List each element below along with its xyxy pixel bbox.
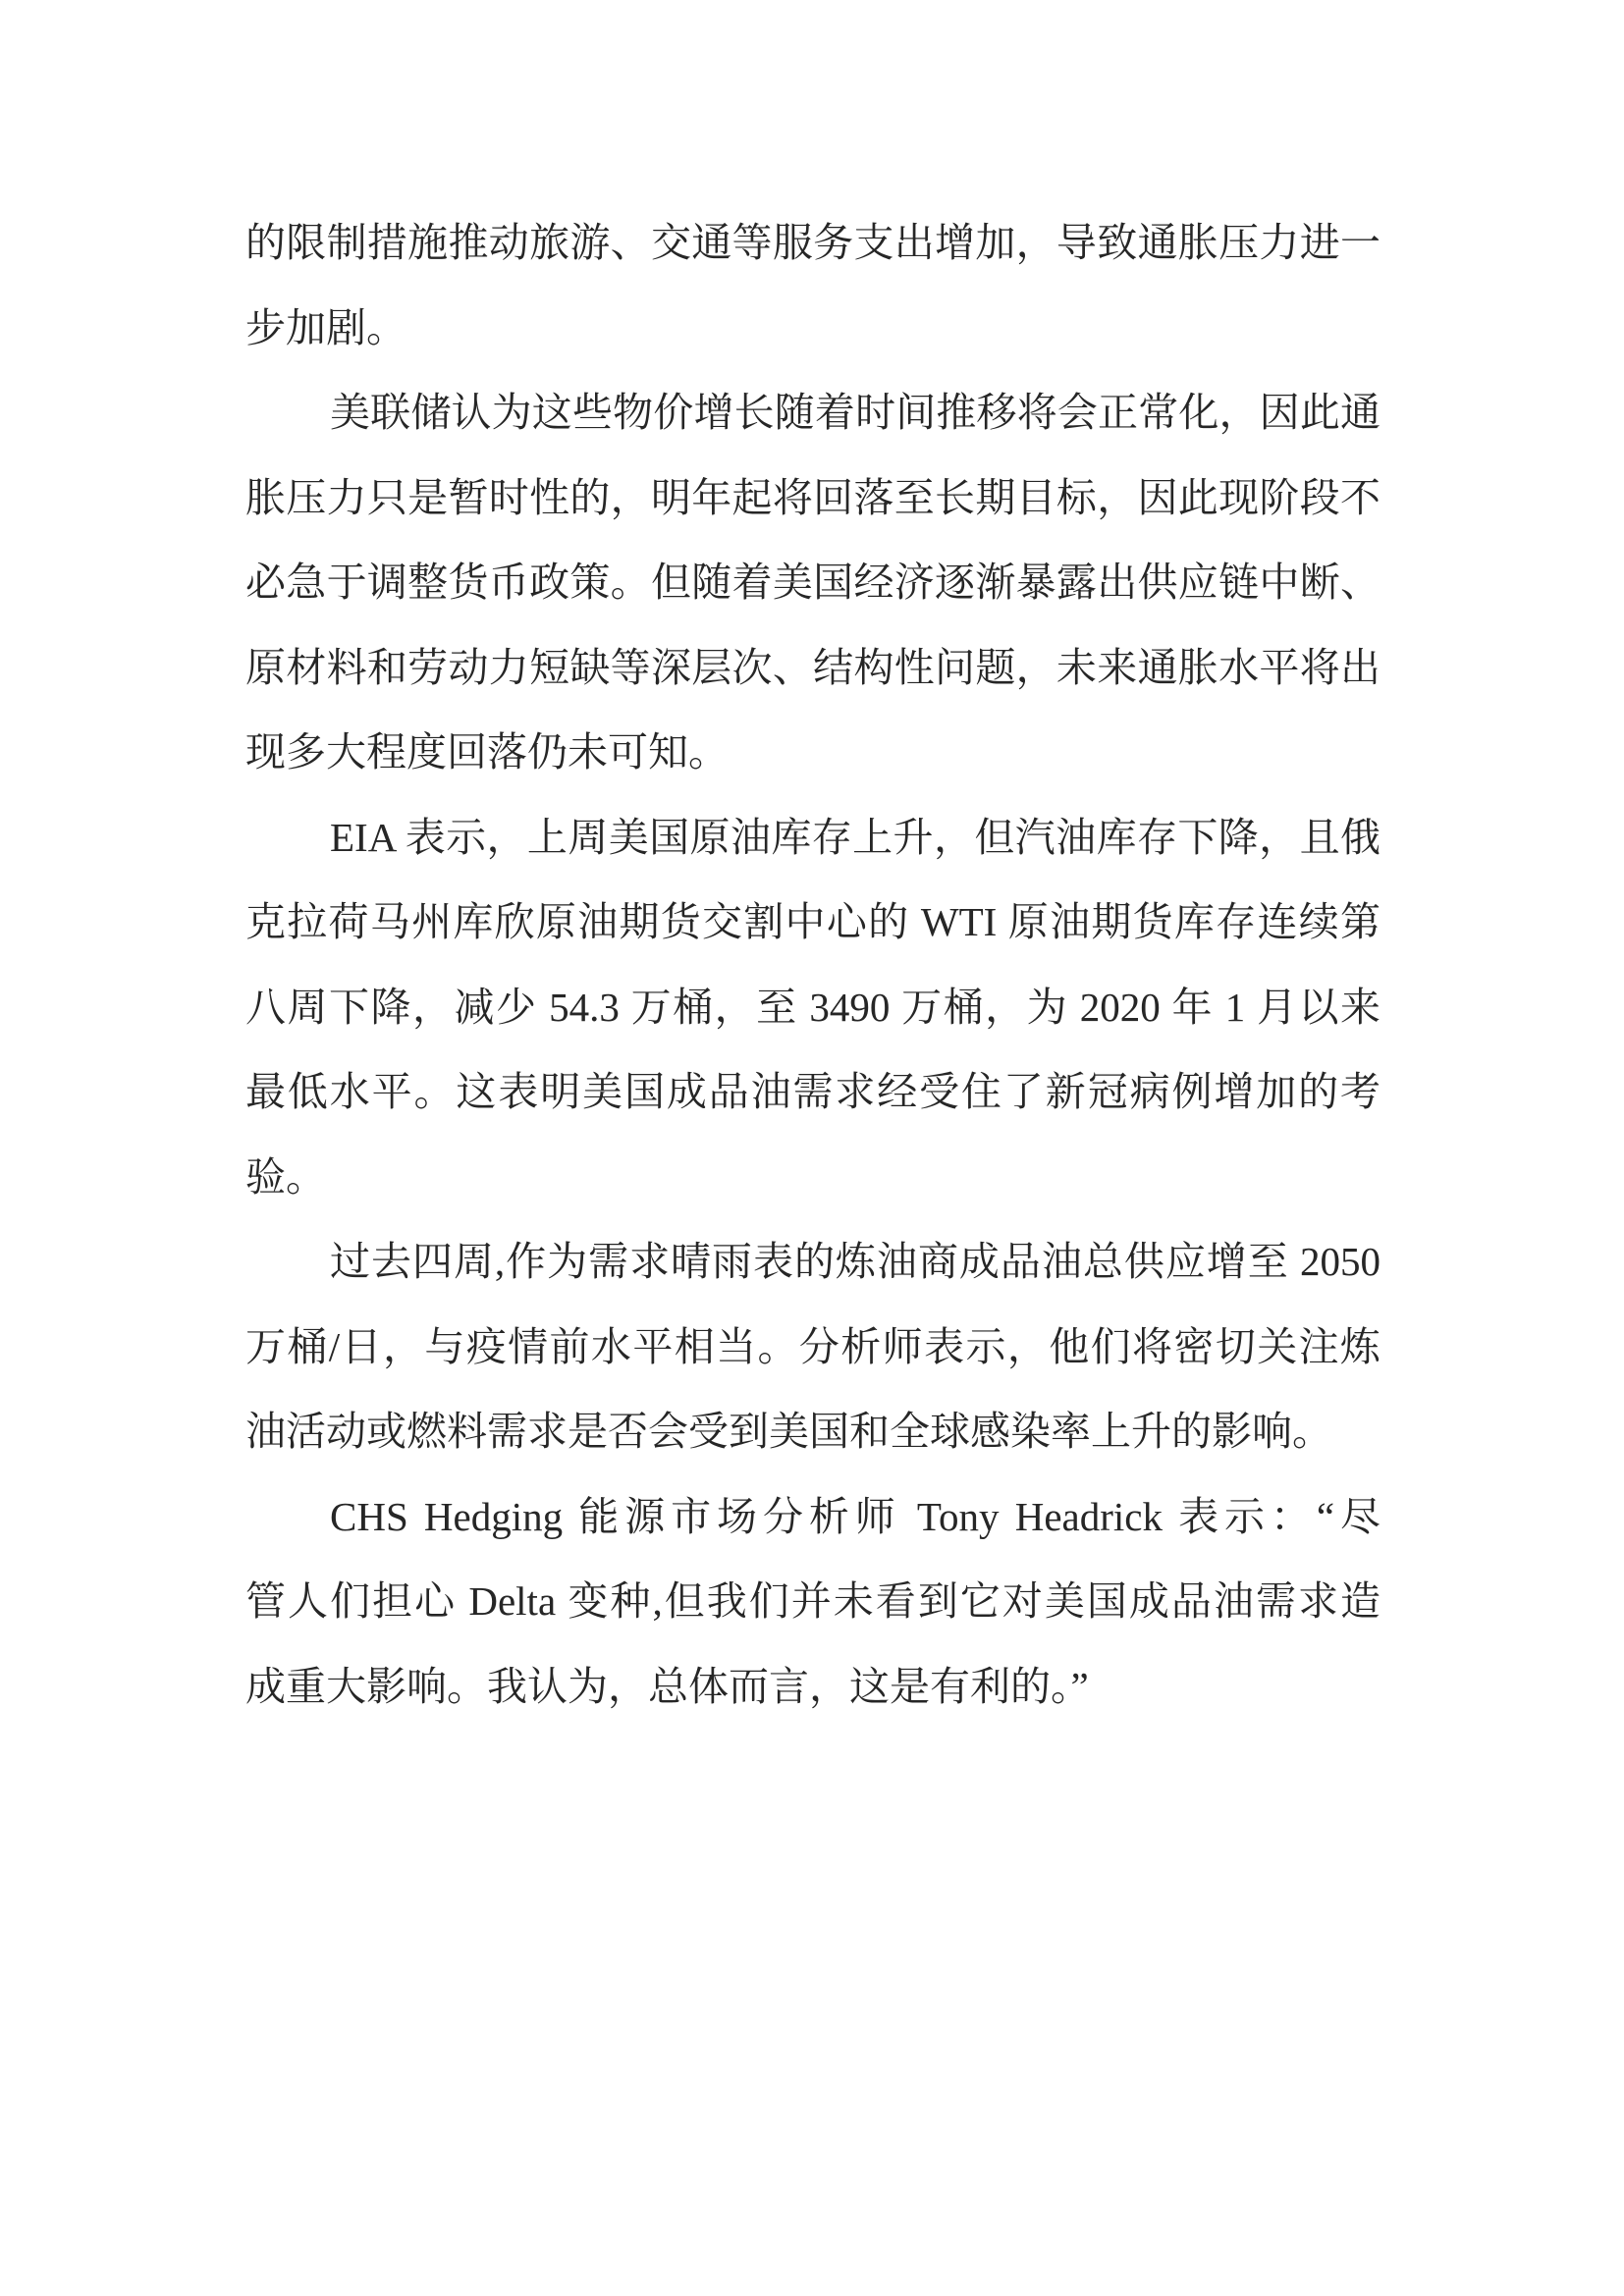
- text-line: 的限制措施推动旅游、交通等服务支出增加，导致通胀压力进一: [245, 200, 1380, 286]
- text-line: 八周下降，减少 54.3 万桶，至 3490 万桶，为 2020 年 1 月以来: [245, 965, 1380, 1050]
- document-page: 的限制措施推动旅游、交通等服务支出增加，导致通胀压力进一步加剧。美联储认为这些物…: [0, 0, 1624, 2296]
- text-line: 胀压力只是暂时性的，明年起将回落至长期目标，因此现阶段不: [245, 455, 1380, 541]
- text-line: 美联储认为这些物价增长随着时间推移将会正常化，因此通: [245, 370, 1380, 455]
- text-line: 步加剧。: [245, 286, 1380, 371]
- text-line: 万桶/日，与疫情前水平相当。分析师表示，他们将密切关注炼: [245, 1305, 1380, 1390]
- text-line: 过去四周,作为需求晴雨表的炼油商成品油总供应增至 2050: [245, 1219, 1380, 1305]
- text-line: 最低水平。这表明美国成品油需求经受住了新冠病例增加的考: [245, 1049, 1380, 1135]
- text-line: 油活动或燃料需求是否会受到美国和全球感染率上升的影响。: [245, 1389, 1380, 1474]
- document-body: 的限制措施推动旅游、交通等服务支出增加，导致通胀压力进一步加剧。美联储认为这些物…: [245, 200, 1380, 1729]
- text-line: CHS Hedging 能源市场分析师 Tony Headrick 表示：“尽: [245, 1474, 1380, 1560]
- text-line: 克拉荷马州库欣原油期货交割中心的 WTI 原油期货库存连续第: [245, 880, 1380, 965]
- text-line: 现多大程度回落仍未可知。: [245, 710, 1380, 795]
- text-line: 成重大影响。我认为，总体而言，这是有利的。”: [245, 1644, 1380, 1730]
- text-line: 必急于调整货币政策。但随着美国经济逐渐暴露出供应链中断、: [245, 540, 1380, 625]
- text-line: 管人们担心 Delta 变种,但我们并未看到它对美国成品油需求造: [245, 1559, 1380, 1644]
- text-line: 原材料和劳动力短缺等深层次、结构性问题，未来通胀水平将出: [245, 625, 1380, 711]
- text-line: 验。: [245, 1135, 1380, 1220]
- text-line: EIA 表示，上周美国原油库存上升，但汽油库存下降，且俄: [245, 795, 1380, 881]
